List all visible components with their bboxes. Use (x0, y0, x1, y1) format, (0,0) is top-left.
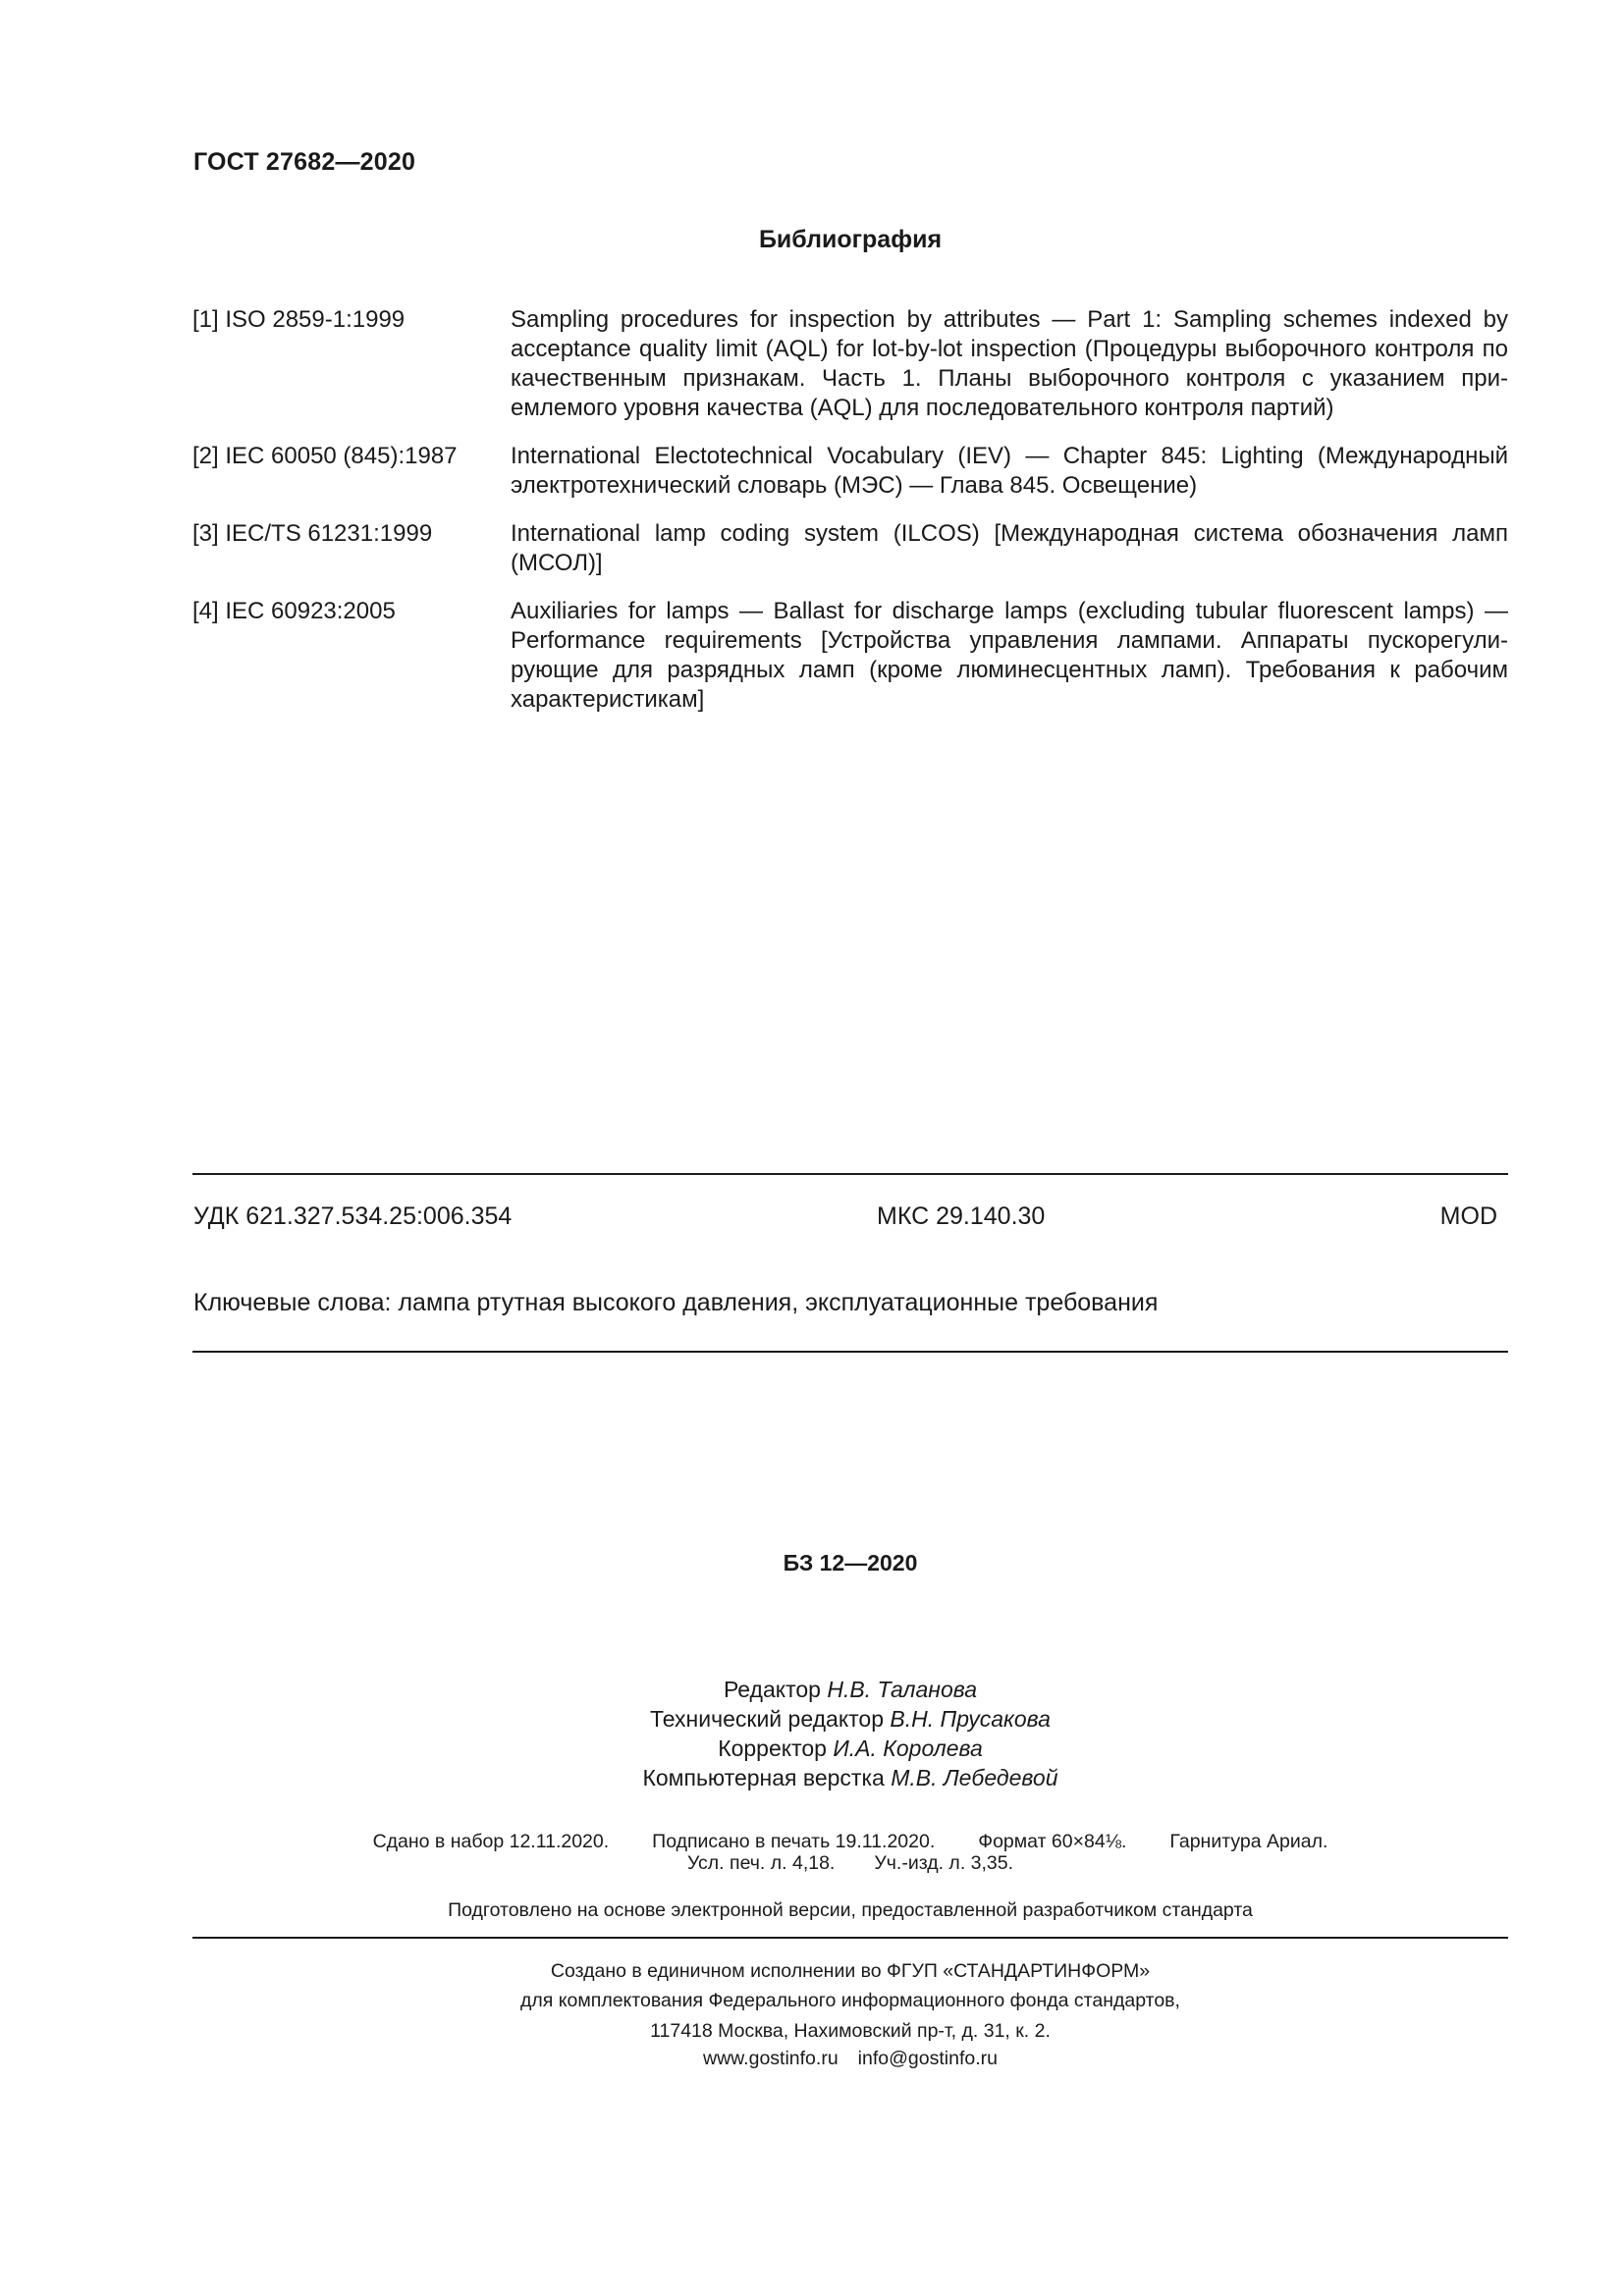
udk-code: УДК 621.327.534.25:006.354 (193, 1201, 512, 1231)
publisher-address: 117418 Москва, Нахимовский пр-т, д. 31, … (192, 2017, 1508, 2045)
bibliography-description: International lamp coding system (ILCOS)… (511, 519, 1508, 578)
website-link[interactable]: www.gostinfo.ru (703, 2045, 839, 2072)
publisher-contacts: 117418 Москва, Нахимовский пр-т, д. 31, … (192, 2017, 1508, 2072)
bibliography-ref: [4] IEC 60923:2005 (192, 597, 511, 715)
printed-sheets: Усл. печ. л. 4,18. (687, 1852, 835, 1874)
publisher-web: www.gostinfo.ruinfo@gostinfo.ru (192, 2045, 1508, 2072)
typeface: Гарнитура Ариал. (1169, 1831, 1327, 1852)
submitted-date: Сдано в набор 12.11.2020. (373, 1831, 610, 1852)
credit-name: Н.В. Таланова (827, 1677, 977, 1702)
print-info-line2: Усл. печ. л. 4,18.Уч.-изд. л. 3,35. (192, 1852, 1508, 1874)
bibliography-entry: [3] IEC/TS 61231:1999 International lamp… (192, 519, 1508, 578)
bibliography-entry: [4] IEC 60923:2005 Auxiliaries for lamps… (192, 597, 1508, 715)
print-format: Формат 60×84⅛. (978, 1831, 1126, 1852)
bz-number: БЗ 12—2020 (192, 1548, 1508, 1577)
divider-bottom (192, 1351, 1508, 1353)
mod-label: MOD (1440, 1201, 1497, 1231)
credit-role: Технический редактор (650, 1706, 884, 1732)
divider-publisher (192, 1937, 1508, 1939)
credit-editor: Редактор Н.В. Таланова (192, 1675, 1508, 1704)
bibliography-ref: [1] ISO 2859-1:1999 (192, 305, 511, 423)
classification-row: УДК 621.327.534.25:006.354 МКС 29.140.30… (192, 1201, 1508, 1231)
bibliography-description: Auxiliaries for lamps — Ballast for disc… (511, 597, 1508, 715)
bibliography-description: Sampling procedures for inspection by at… (511, 305, 1508, 423)
bibliography-description: International Electotechnical Vocabulary… (511, 442, 1508, 501)
publisher-line2: для комплектования Федерального информац… (192, 1986, 1508, 2015)
email-link[interactable]: info@gostinfo.ru (858, 2045, 998, 2072)
credit-role: Компьютерная верстка (642, 1765, 884, 1790)
credit-name: И.А. Королева (833, 1735, 982, 1761)
credit-tech-editor: Технический редактор В.Н. Прусакова (192, 1704, 1508, 1734)
publisher-line1: Создано в единичном исполнении во ФГУП «… (192, 1956, 1508, 1986)
signed-date: Подписано в печать 19.11.2020. (652, 1831, 935, 1852)
credit-name: М.В. Лебедевой (891, 1765, 1057, 1790)
credit-name: В.Н. Прусакова (890, 1706, 1051, 1732)
bibliography-entry: [1] ISO 2859-1:1999 Sampling procedures … (192, 305, 1508, 423)
mks-code: МКС 29.140.30 (877, 1201, 1045, 1231)
credit-role: Корректор (718, 1735, 827, 1761)
bibliography-list: [1] ISO 2859-1:1999 Sampling procedures … (192, 305, 1508, 733)
bibliography-title: Библиография (192, 225, 1508, 254)
credit-role: Редактор (724, 1677, 821, 1702)
document-code: ГОСТ 27682—2020 (193, 147, 415, 177)
keywords: Ключевые слова: лампа ртутная высокого д… (193, 1288, 1158, 1317)
credit-layout: Компьютерная верстка М.В. Лебедевой (192, 1763, 1508, 1792)
prepared-note: Подготовлено на основе электронной верси… (192, 1899, 1508, 1921)
bibliography-ref: [3] IEC/TS 61231:1999 (192, 519, 511, 578)
credit-proofreader: Корректор И.А. Королева (192, 1734, 1508, 1763)
print-info-line1: Сдано в набор 12.11.2020.Подписано в печ… (192, 1831, 1508, 1852)
credits: Редактор Н.В. Таланова Технический редак… (192, 1675, 1508, 1792)
publisher-info: Создано в единичном исполнении во ФГУП «… (192, 1956, 1508, 2015)
publisher-sheets: Уч.-изд. л. 3,35. (874, 1852, 1013, 1874)
bibliography-entry: [2] IEC 60050 (845):1987 International E… (192, 442, 1508, 501)
divider-top (192, 1173, 1508, 1175)
bibliography-ref: [2] IEC 60050 (845):1987 (192, 442, 511, 501)
